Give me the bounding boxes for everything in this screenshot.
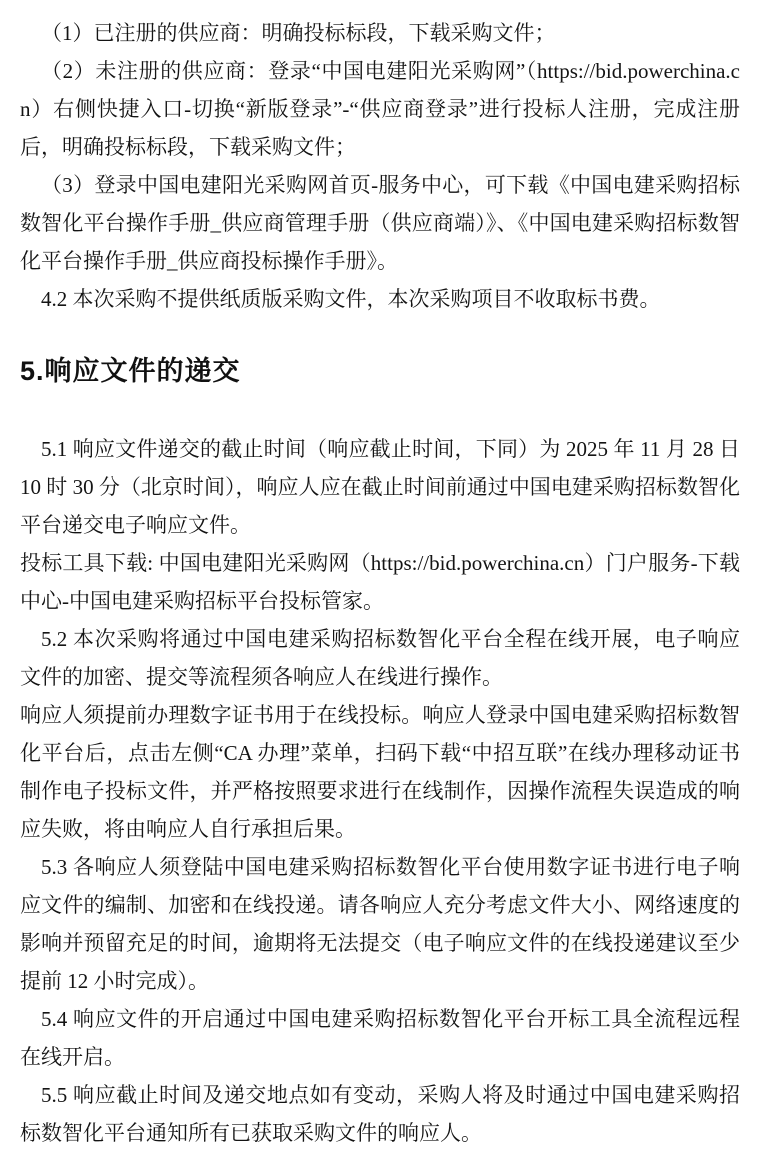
paragraph-supplier-unregistered: （2）未注册的供应商：登录“中国电建阳光采购网”（https://bid.pow…	[20, 52, 740, 166]
paragraph-digital-certificate-notice: 响应人须提前办理数字证书用于在线投标。响应人登录中国电建采购招标数智化平台后，点…	[20, 696, 740, 848]
paragraph-supplier-registered: （1）已注册的供应商：明确投标标段，下载采购文件；	[20, 14, 740, 52]
paragraph-clause-5-2: 5.2 本次采购将通过中国电建采购招标数智化平台全程在线开展，电子响应文件的加密…	[20, 620, 740, 696]
paragraph-clause-5-4: 5.4 响应文件的开启通过中国电建采购招标数智化平台开标工具全流程远程在线开启。	[20, 1000, 740, 1076]
paragraph-clause-5-3: 5.3 各响应人须登陆中国电建采购招标数智化平台使用数字证书进行电子响应文件的编…	[20, 848, 740, 1000]
paragraph-clause-5-1: 5.1 响应文件递交的截止时间（响应截止时间，下同）为 2025 年 11 月 …	[20, 430, 740, 544]
document-page: （1）已注册的供应商：明确投标标段，下载采购文件； （2）未注册的供应商：登录“…	[0, 0, 761, 1173]
paragraph-clause-4-2: 4.2 本次采购不提供纸质版采购文件，本次采购项目不收取标书费。	[20, 280, 740, 318]
paragraph-bidding-tool-download: 投标工具下载: 中国电建阳光采购网（https://bid.powerchina…	[20, 544, 740, 620]
paragraph-manual-download: （3）登录中国电建阳光采购网首页-服务中心，可下载《中国电建采购招标数智化平台操…	[20, 166, 740, 280]
paragraph-clause-5-5: 5.5 响应截止时间及递交地点如有变动，采购人将及时通过中国电建采购招标数智化平…	[20, 1076, 740, 1152]
section-heading-5: 5.响应文件的递交	[20, 354, 740, 388]
